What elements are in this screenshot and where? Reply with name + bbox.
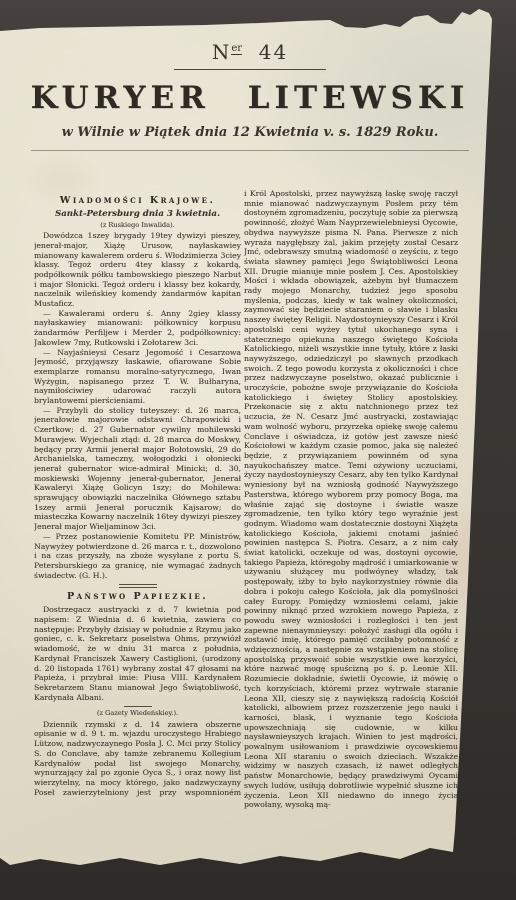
- left-column: Wiadomości Krajowe. Sankt-Petersburg dni…: [34, 194, 241, 798]
- article-source: (z Ruskiego Inwalida).: [34, 221, 241, 229]
- section-header-panstwo-papiezkie: Państwo Papiezkie.: [34, 591, 241, 603]
- paragraph: Dowódzca 1szey brygady 19tey dywizyi pie…: [34, 231, 241, 309]
- newspaper-page: Ner 44 KURYER LITEWSKI w Wilnie w Piątek…: [0, 0, 516, 900]
- newspaper-title: KURYER LITEWSKI: [24, 80, 476, 116]
- paragraph: — Przybyli do stolicy tuteyszey: d. 26 m…: [34, 406, 241, 532]
- section-divider: [119, 584, 157, 588]
- article-source: (z Gazety Wiedeńskiey.).: [34, 709, 241, 717]
- section-header-wiadomosci-krajowe: Wiadomości Krajowe.: [34, 195, 241, 207]
- paragraph: Dostrzegacz austryacki z d. 7 kwietnia p…: [34, 605, 241, 702]
- issue-rule: [174, 69, 326, 70]
- paragraph: — Nayjaśnieysi Cesarz Jegomość i Cesarzo…: [34, 348, 241, 406]
- subsection-divider: [124, 706, 152, 707]
- paragraph: — Kawalerami orderu ś. Anny 2giey klassy…: [34, 309, 241, 348]
- paragraph: — Przez postanowienie Komitetu PP. Minis…: [34, 532, 241, 581]
- masthead-rule: [31, 150, 469, 151]
- right-column: i Król Apostolski, przez naywyższą łaskę…: [244, 189, 458, 839]
- paragraph: Dziennik rzymski z d. 14 zawiera obszern…: [34, 720, 241, 798]
- issue-number: Ner 44: [24, 40, 476, 64]
- article-dateline: Sankt-Petersburg dnia 3 kwietnia.: [34, 209, 241, 220]
- issue-label: N: [212, 40, 232, 64]
- issue-superscript: er: [231, 43, 242, 55]
- paragraph-continuation: i Król Apostolski, przez naywyższą łaskę…: [244, 189, 458, 810]
- scan-background: Ner 44 KURYER LITEWSKI w Wilnie w Piątek…: [0, 0, 516, 900]
- masthead: Ner 44 KURYER LITEWSKI w Wilnie w Piątek…: [24, 40, 476, 151]
- masthead-dateline: w Wilnie w Piątek dnia 12 Kwietnia v. s.…: [24, 125, 476, 140]
- issue-value: 44: [259, 40, 288, 64]
